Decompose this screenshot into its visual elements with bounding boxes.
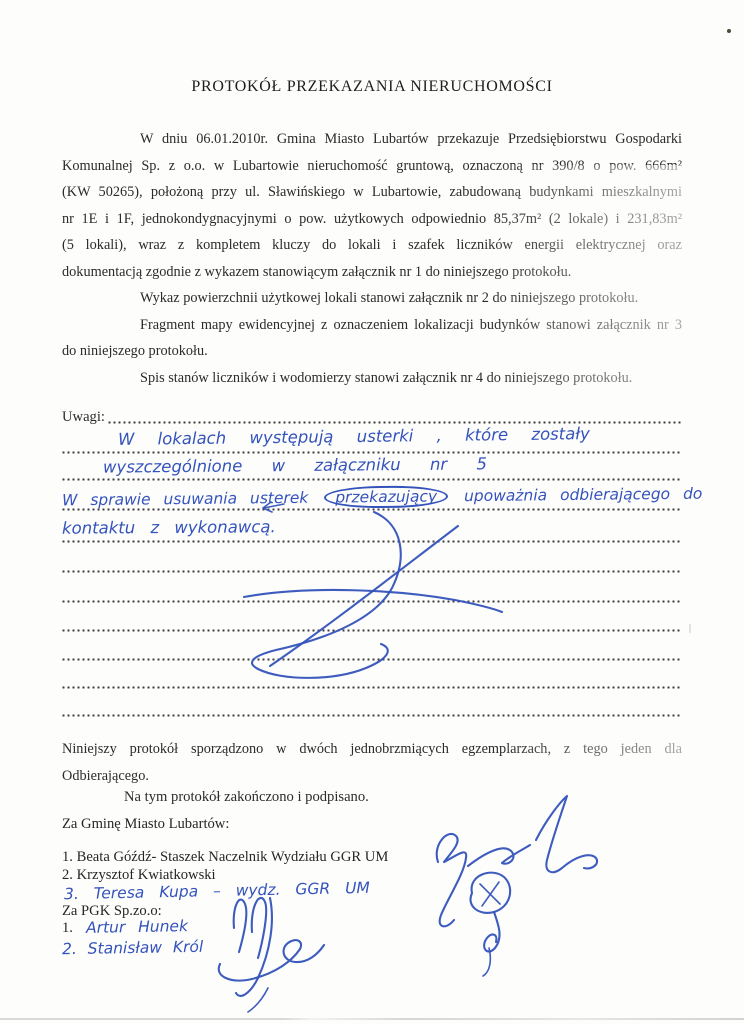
dotted-line — [62, 570, 682, 573]
handwritten-remark-line: kontaktu z wykonawcą. — [62, 517, 276, 537]
handwritten-remark-line: W lokalach występują usterki , które zos… — [118, 424, 590, 449]
scanned-document-page: PROTOKÓŁ PRZEKAZANIA NIERUCHOMOŚCI W dni… — [0, 0, 744, 1024]
body-line: Odbierającego. — [62, 763, 682, 790]
body-line: do niniejszego protokołu. — [62, 338, 682, 365]
gmina-signatories-label: Za Gminę Miasto Lubartów: — [62, 816, 229, 833]
signature-left-cluster — [219, 898, 324, 1012]
signature-right-cluster — [437, 796, 597, 976]
dotted-line — [62, 714, 682, 717]
dotted-line — [62, 451, 682, 454]
remarks-label: Uwagi: — [62, 409, 105, 426]
body-line: (5 lokali), wraz z kompletem kluczy do l… — [62, 232, 682, 259]
body-line: (KW 50265), położoną przy ul. Sławińskie… — [62, 179, 682, 206]
body-line: Spis stanów liczników i wodomierzy stano… — [62, 365, 682, 392]
gmina-signatory-2: 2. Krzysztof Kwiatkowski — [62, 867, 216, 884]
body-line: W dniu 06.01.2010r. Gmina Miasto Lubartó… — [62, 126, 682, 153]
circled-word: przekazujący — [324, 485, 448, 508]
gmina-signatory-1: 1. Beata Góźdź- Staszek Naczelnik Wydzia… — [62, 849, 388, 866]
dotted-line — [62, 658, 682, 661]
document-title: PROTOKÓŁ PRZEKAZANIA NIERUCHOMOŚCI — [0, 78, 744, 96]
pgk-signatory-1-name-handwritten: Artur Hunek — [86, 917, 188, 937]
closing-paragraph: Niniejszy protokół sporządzono w dwóch j… — [62, 736, 682, 789]
body-line: dokumentacją zgodnie z wykazem stanowiąc… — [62, 259, 682, 286]
body-line: Niniejszy protokół sporządzono w dwóch j… — [62, 736, 682, 763]
dotted-line — [62, 600, 682, 603]
strikeout-flourish — [244, 512, 502, 678]
closing-sentence: Na tym protokół zakończono i podpisano. — [124, 789, 369, 806]
main-body-text: W dniu 06.01.2010r. Gmina Miasto Lubartó… — [62, 126, 682, 391]
scan-speck — [727, 29, 731, 33]
handwritten-text: upoważnia odbierającego do — [464, 485, 703, 505]
dotted-line — [108, 421, 682, 424]
handwritten-text: W sprawie usuwania usterek — [62, 489, 309, 510]
dotted-line — [62, 478, 682, 481]
body-line: nr 1E i 1F, jednokondygnacyjnymi o pow. … — [62, 206, 682, 233]
body-line: Wykaz powierzchnii użytkowej lokali stan… — [62, 285, 682, 312]
pgk-signatory-1-number: 1. — [62, 920, 73, 937]
body-line: Komunalnej Sp. z o.o. w Lubartowie nieru… — [62, 153, 682, 180]
dotted-line — [62, 629, 682, 632]
pgk-signatory-2-handwritten: 2. Stanisław Król — [62, 938, 204, 958]
dotted-line — [62, 540, 682, 543]
dotted-line — [62, 686, 682, 689]
scan-speck — [689, 624, 691, 633]
body-line: Fragment mapy ewidencyjnej z oznaczeniem… — [62, 312, 682, 339]
scanner-edge-shadow — [0, 1018, 744, 1020]
handwritten-remark-line: wyszczególnione w załączniku nr 5 — [103, 454, 487, 476]
